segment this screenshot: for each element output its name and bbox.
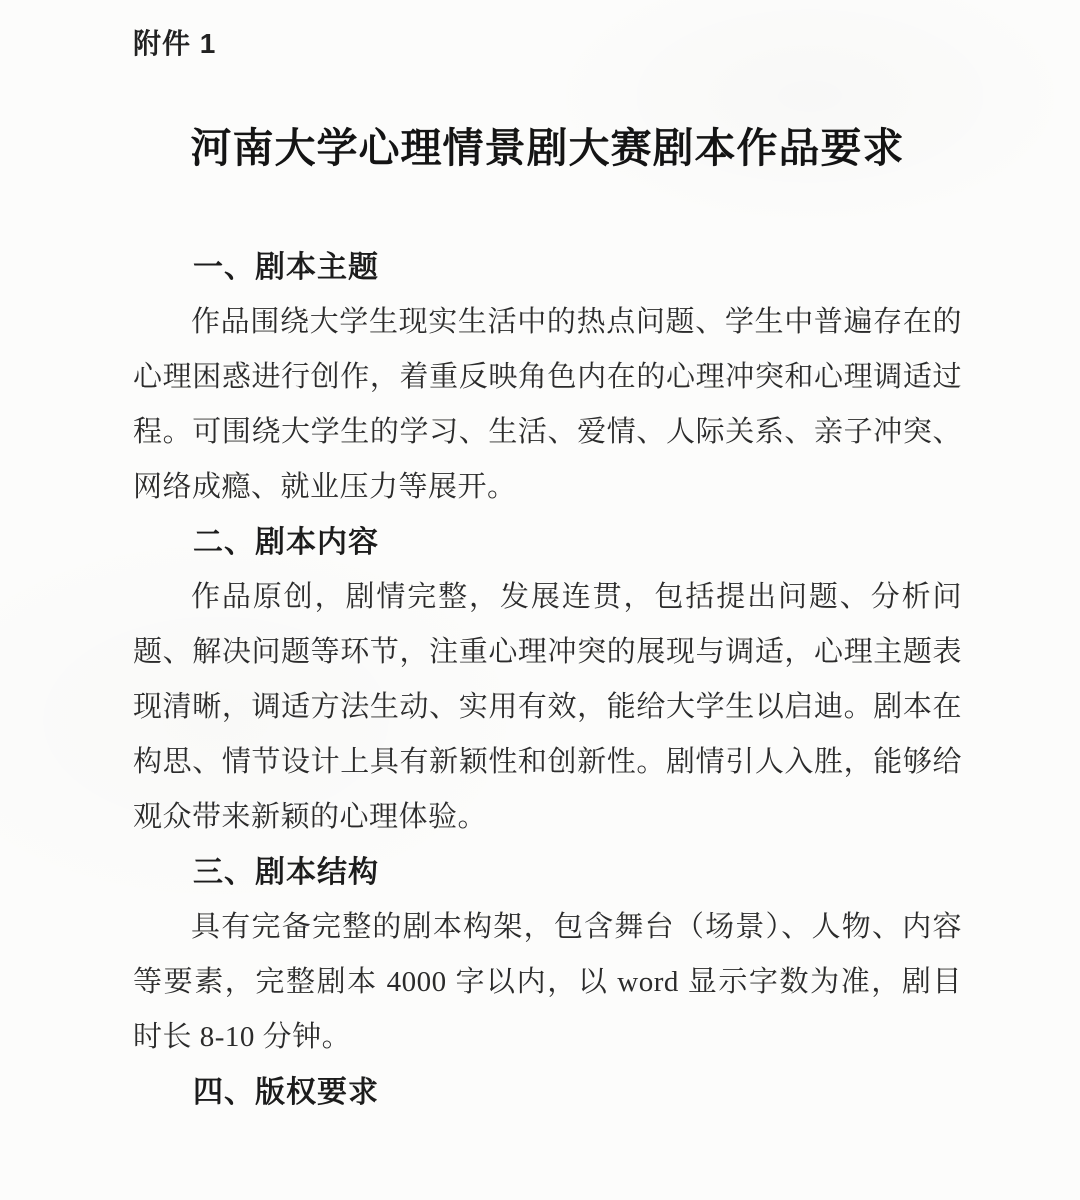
section-heading: 四、版权要求 (133, 1065, 962, 1120)
body-paragraph: 作品原创，剧情完整，发展连贯，包括提出问题、分析问题、解决问题等环节，注重心理冲… (133, 570, 962, 845)
section-heading: 二、剧本内容 (133, 515, 962, 570)
section-script-content: 二、剧本内容 作品原创，剧情完整，发展连贯，包括提出问题、分析问题、解决问题等环… (133, 515, 962, 845)
scanned-document-page: 附件 1 河南大学心理情景剧大赛剧本作品要求 一、剧本主题 作品围绕大学生现实生… (0, 0, 1080, 1200)
attachment-label: 附件 1 (133, 26, 962, 62)
document-body: 一、剧本主题 作品围绕大学生现实生活中的热点问题、学生中普遍存在的心理困惑进行创… (133, 240, 962, 1120)
section-script-structure: 三、剧本结构 具有完备完整的剧本构架，包含舞台（场景）、人物、内容等要素，完整剧… (133, 845, 962, 1065)
document-title: 河南大学心理情景剧大赛剧本作品要求 (133, 118, 962, 178)
body-paragraph: 具有完备完整的剧本构架，包含舞台（场景）、人物、内容等要素，完整剧本 4000 … (133, 900, 962, 1065)
section-heading: 一、剧本主题 (133, 240, 962, 295)
section-copyright-requirements: 四、版权要求 (133, 1065, 962, 1120)
section-heading: 三、剧本结构 (133, 845, 962, 900)
section-script-theme: 一、剧本主题 作品围绕大学生现实生活中的热点问题、学生中普遍存在的心理困惑进行创… (133, 240, 962, 515)
body-paragraph: 作品围绕大学生现实生活中的热点问题、学生中普遍存在的心理困惑进行创作，着重反映角… (133, 295, 962, 515)
